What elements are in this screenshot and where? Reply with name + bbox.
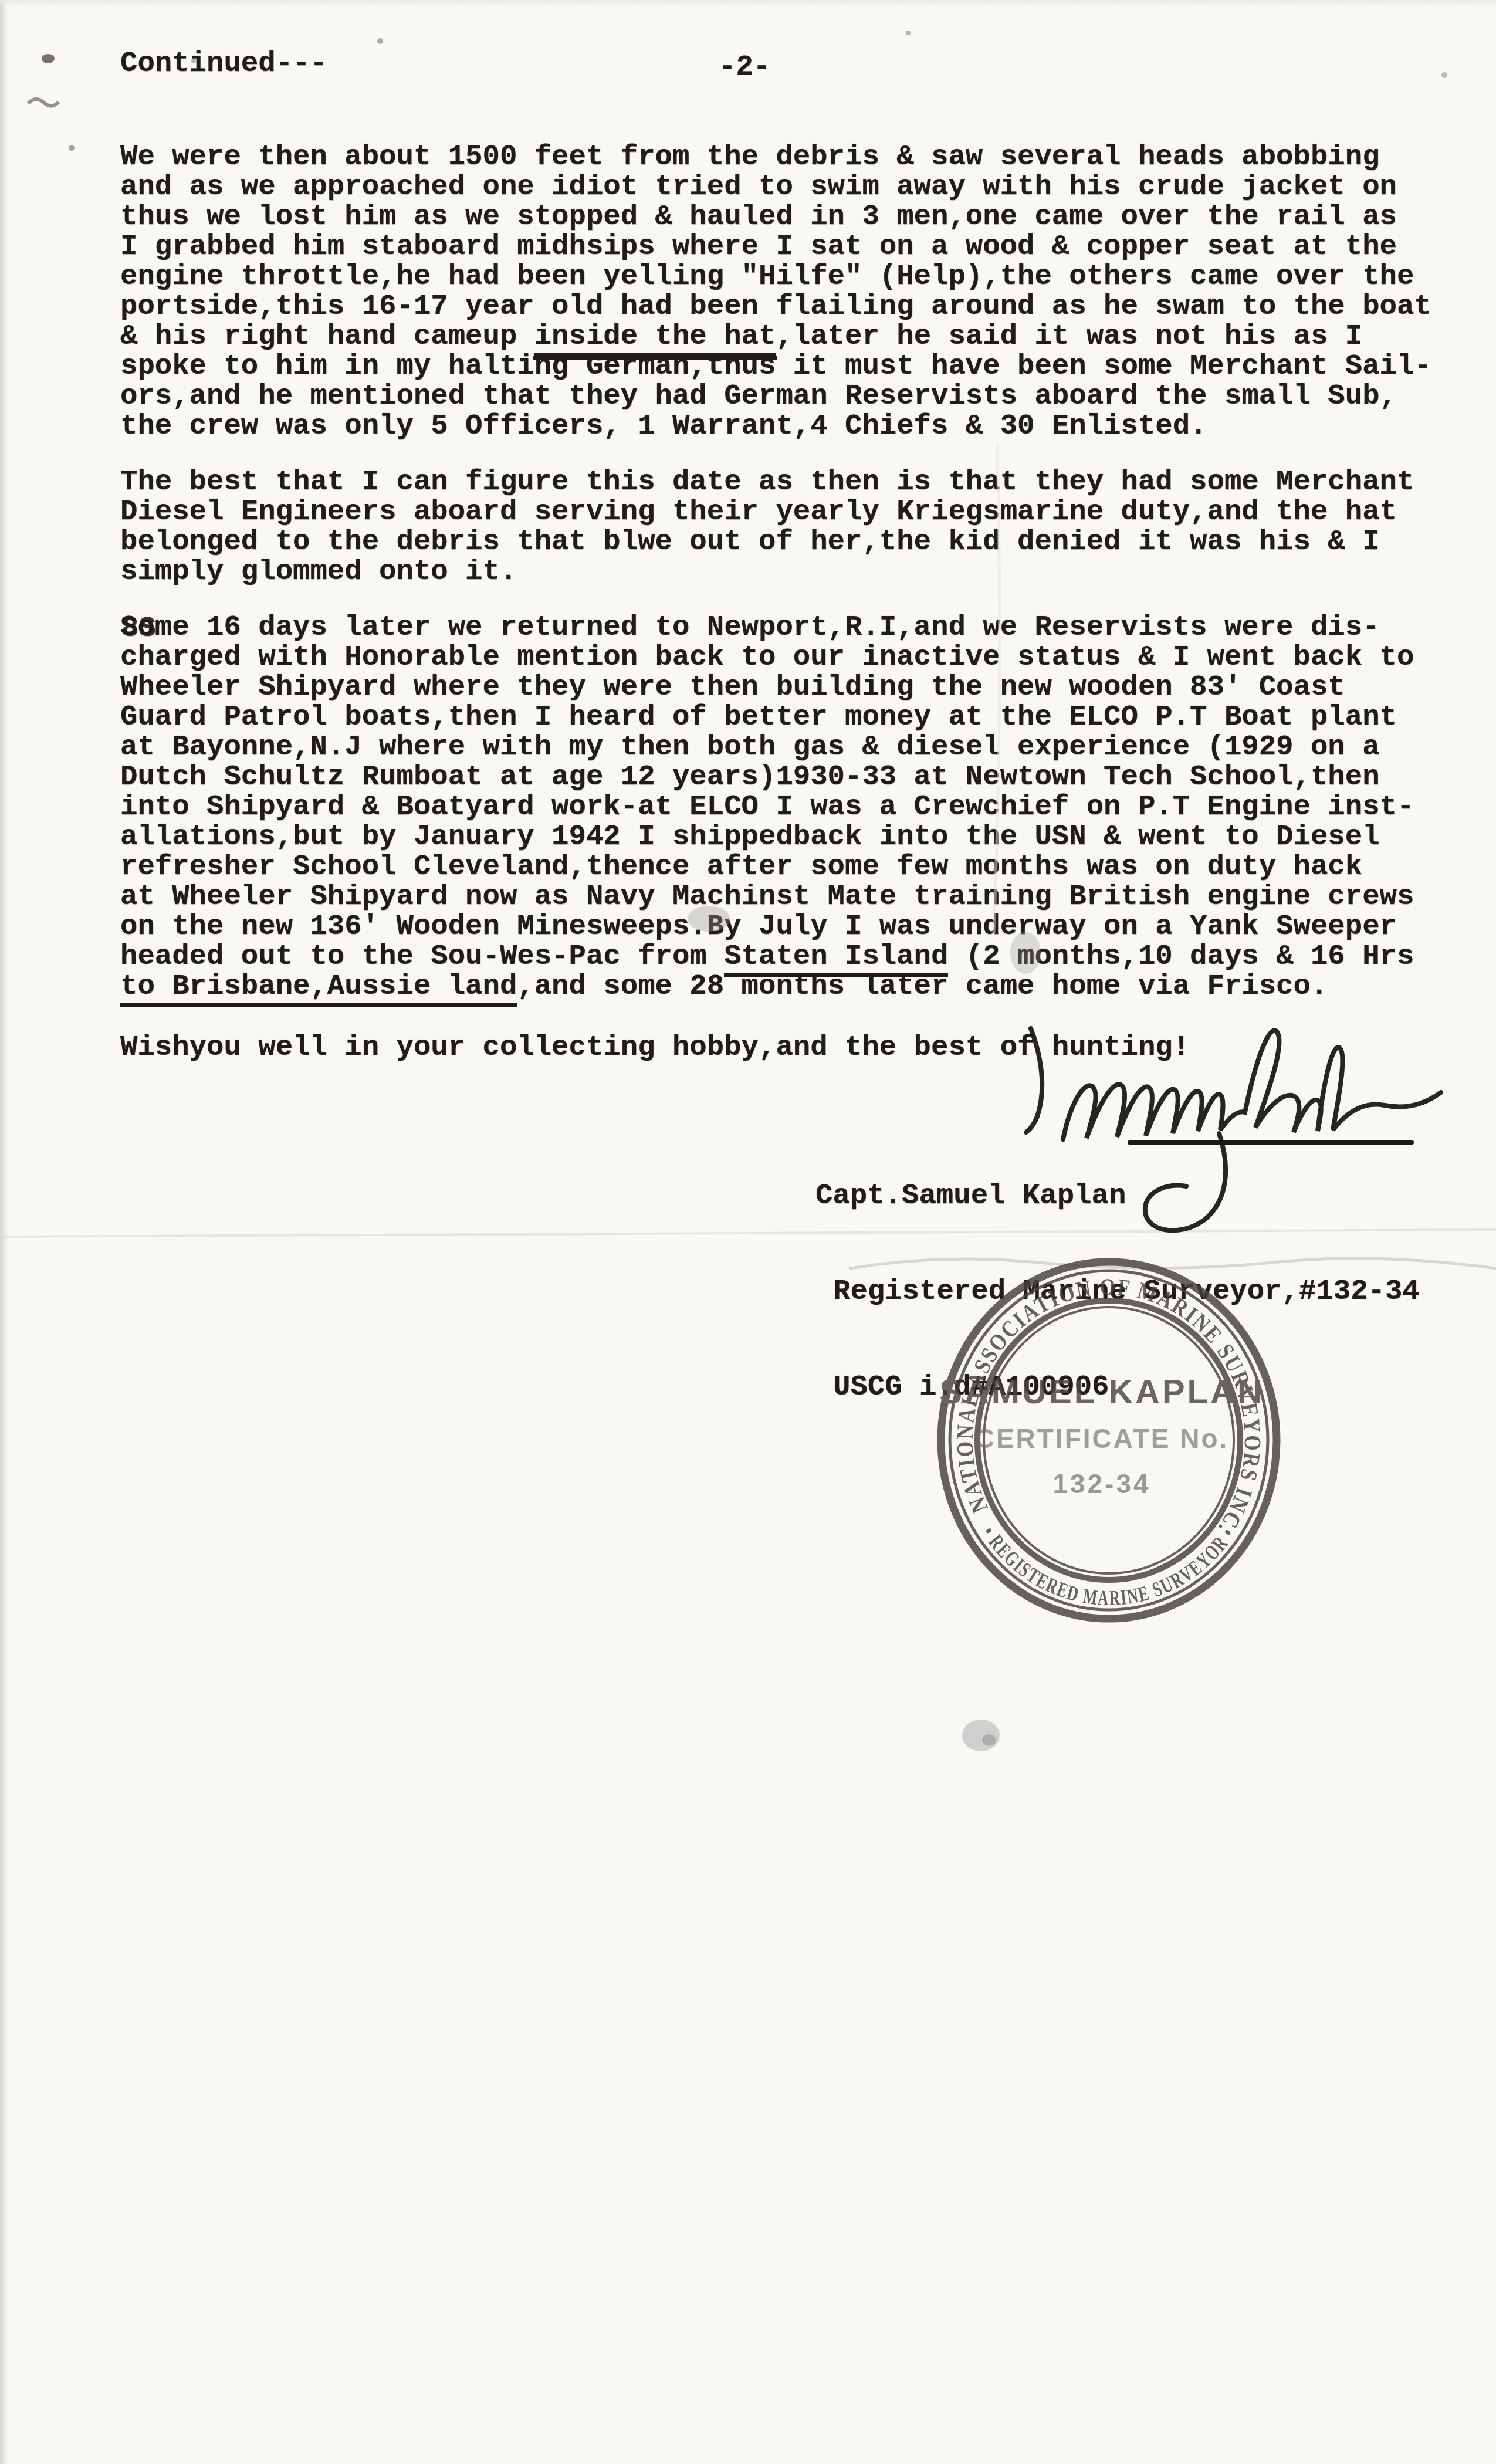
marine-surveyor-stamp: NATIONAL ASSOCIATION OF MARINE SURVEYORS… [939, 1262, 1277, 1619]
ink-specks [28, 31, 1447, 151]
handwritten-signature [1026, 1028, 1441, 1230]
stamp-cert-number: 132-34 [1052, 1468, 1150, 1499]
pen-flourish [1026, 1028, 1042, 1132]
stamp-arc-bottom-text: • REGISTERED MARINE SURVEYOR • [977, 1522, 1240, 1610]
scan-overlay: NATIONAL ASSOCIATION OF MARINE SURVEYORS… [0, 0, 1496, 2464]
signature-script [1063, 1030, 1441, 1139]
stamp-cert-label: CERTIFICATE No. [975, 1423, 1229, 1454]
stamp-name: SAMUEL KAPLAN [939, 1373, 1264, 1411]
letter-page: Continued--- -2- We were then about 1500… [0, 0, 1496, 2464]
signature-descender-loop [1145, 1133, 1226, 1230]
paper-creases [0, 446, 1496, 1268]
